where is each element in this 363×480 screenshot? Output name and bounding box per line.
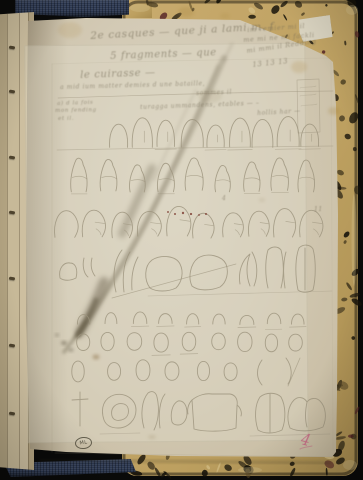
- drawing-sheet: [24, 43, 308, 443]
- marble-worn-patch: [238, 467, 262, 473]
- stitch-thread: [9, 277, 15, 281]
- stitch-thread: [9, 90, 15, 94]
- stitch-thread: [9, 211, 15, 215]
- page-edge-crease: [7, 12, 8, 470]
- stitch-thread: [9, 46, 15, 50]
- sketchbook-scan: 2e casques — que ji a lami m. fim remier…: [0, 0, 363, 480]
- page-edge-crease: [19, 12, 20, 470]
- stitch-thread: [9, 412, 15, 416]
- stamp-label: ML: [79, 440, 88, 447]
- marble-worn-patch: [130, 4, 150, 12]
- marble-worn-patch: [346, 5, 358, 15]
- stitch-thread: [9, 344, 15, 348]
- marble-blotch: [348, 435, 354, 438]
- marble-worn-patch: [343, 460, 357, 470]
- marble-worn-patch: [352, 194, 357, 286]
- stitch-thread: [9, 156, 15, 160]
